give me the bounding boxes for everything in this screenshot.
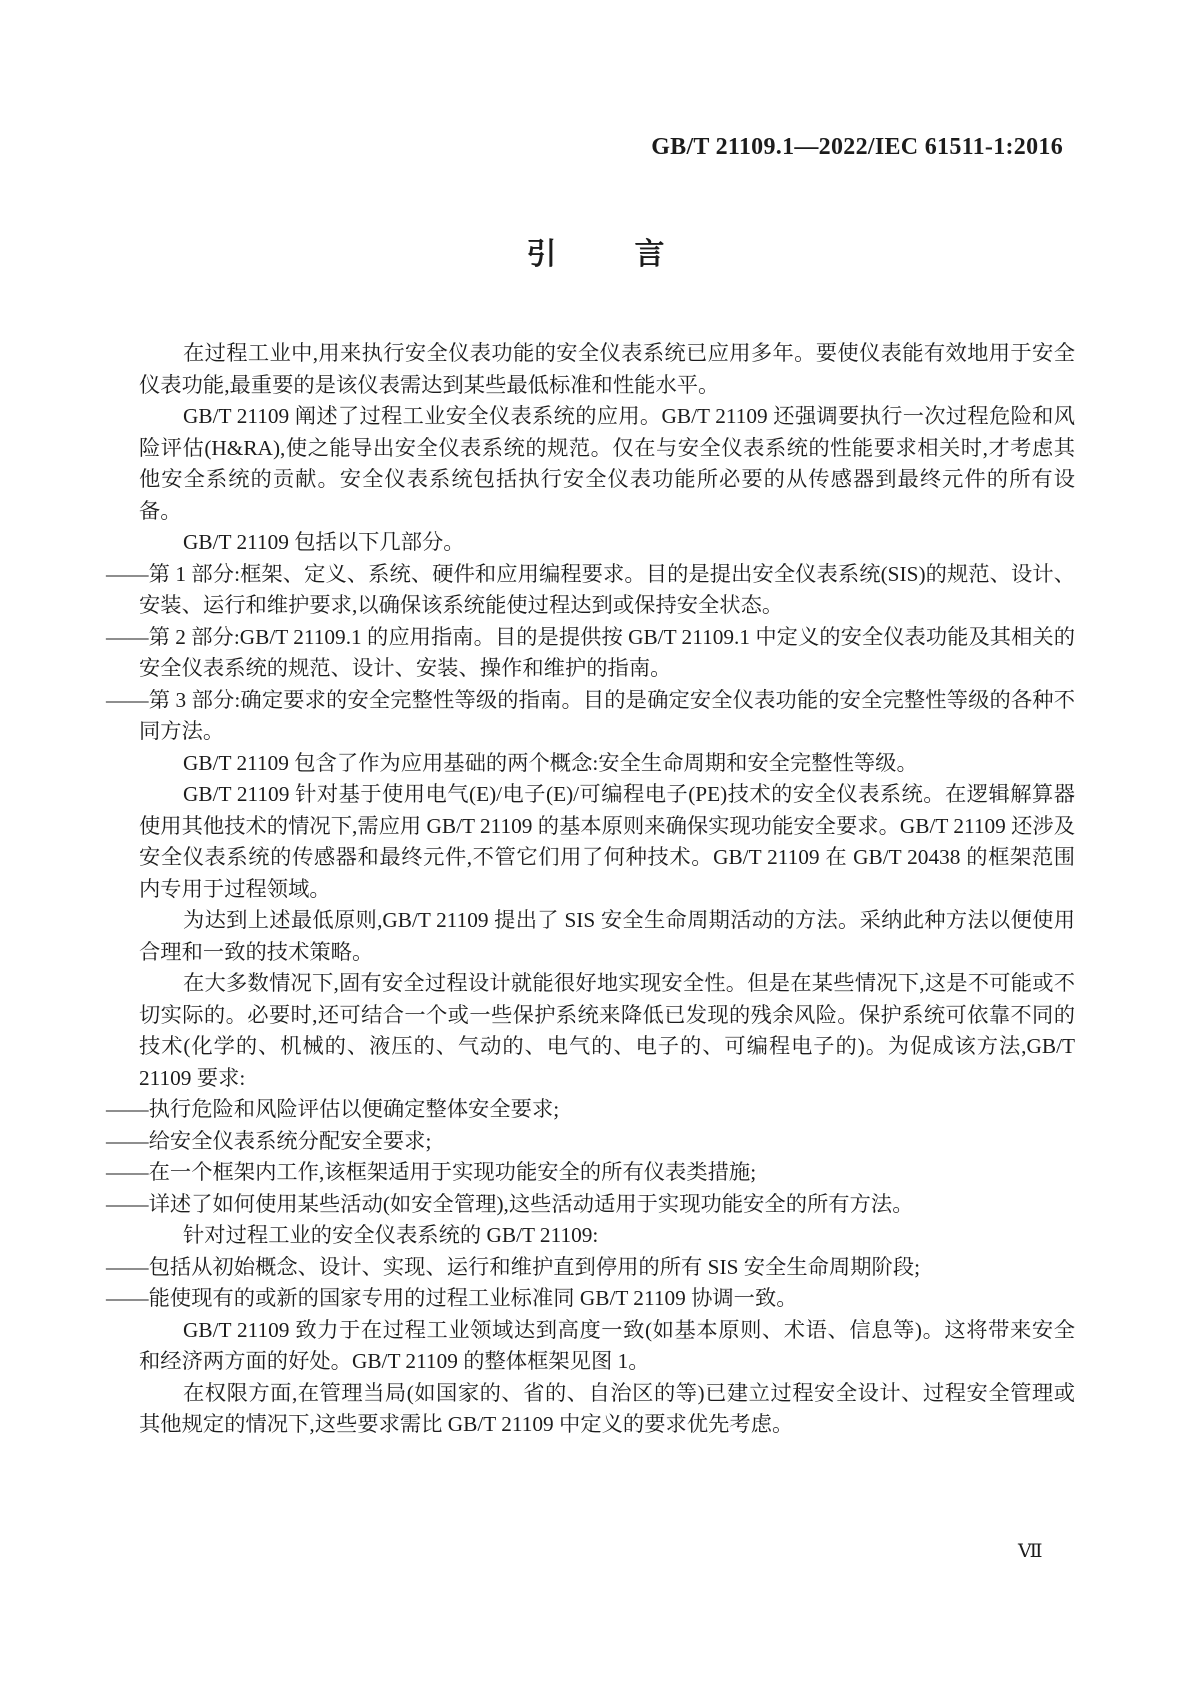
dash-list-item: ——给安全仪表系统分配安全要求; [139, 1126, 1075, 1158]
dash-list-item: ——第 3 部分:确定要求的安全完整性等级的指南。目的是确定安全仪表功能的安全完… [139, 685, 1075, 748]
paragraph: GB/T 21109 致力于在过程工业领域达到高度一致(如基本原则、术语、信息等… [139, 1315, 1075, 1378]
paragraph: 在过程工业中,用来执行安全仪表功能的安全仪表系统已应用多年。要使仪表能有效地用于… [139, 338, 1075, 401]
dash-list-item: ——能使现有的或新的国家专用的过程工业标准同 GB/T 21109 协调一致。 [139, 1283, 1075, 1315]
paragraph: GB/T 21109 阐述了过程工业安全仪表系统的应用。GB/T 21109 还… [139, 401, 1075, 527]
paragraph: 针对过程工业的安全仪表系统的 GB/T 21109: [139, 1220, 1075, 1252]
page-title-char-2: 言 [635, 238, 665, 272]
page-title-char-1: 引 [527, 238, 557, 272]
paragraph: 为达到上述最低原则,GB/T 21109 提出了 SIS 安全生命周期活动的方法… [139, 905, 1075, 968]
dash-list-item: ——包括从初始概念、设计、实现、运行和维护直到停用的所有 SIS 安全生命周期阶… [139, 1252, 1075, 1284]
paragraph: GB/T 21109 包含了作为应用基础的两个概念:安全生命周期和安全完整性等级… [139, 748, 1075, 780]
document-page: GB/T 21109.1—2022/IEC 61511-1:2016 引 言 在… [0, 0, 1191, 1684]
page-number: Ⅶ [1018, 1540, 1043, 1563]
page-title: 引 言 [0, 238, 1191, 272]
dash-list-item: ——执行危险和风险评估以便确定整体安全要求; [139, 1094, 1075, 1126]
standard-number: GB/T 21109.1—2022/IEC 61511-1:2016 [651, 134, 1063, 161]
dash-list-item: ——详述了如何使用某些活动(如安全管理),这些活动适用于实现功能安全的所有方法。 [139, 1189, 1075, 1221]
paragraph: 在权限方面,在管理当局(如国家的、省的、自治区的等)已建立过程安全设计、过程安全… [139, 1378, 1075, 1441]
introduction-body: 在过程工业中,用来执行安全仪表功能的安全仪表系统已应用多年。要使仪表能有效地用于… [139, 338, 1075, 1441]
paragraph: 在大多数情况下,固有安全过程设计就能很好地实现安全性。但是在某些情况下,这是不可… [139, 968, 1075, 1094]
dash-list-item: ——在一个框架内工作,该框架适用于实现功能安全的所有仪表类措施; [139, 1157, 1075, 1189]
paragraph: GB/T 21109 针对基于使用电气(E)/电子(E)/可编程电子(PE)技术… [139, 779, 1075, 905]
dash-list-item: ——第 2 部分:GB/T 21109.1 的应用指南。目的是提供按 GB/T … [139, 622, 1075, 685]
paragraph: GB/T 21109 包括以下几部分。 [139, 527, 1075, 559]
dash-list-item: ——第 1 部分:框架、定义、系统、硬件和应用编程要求。目的是提出安全仪表系统(… [139, 559, 1075, 622]
